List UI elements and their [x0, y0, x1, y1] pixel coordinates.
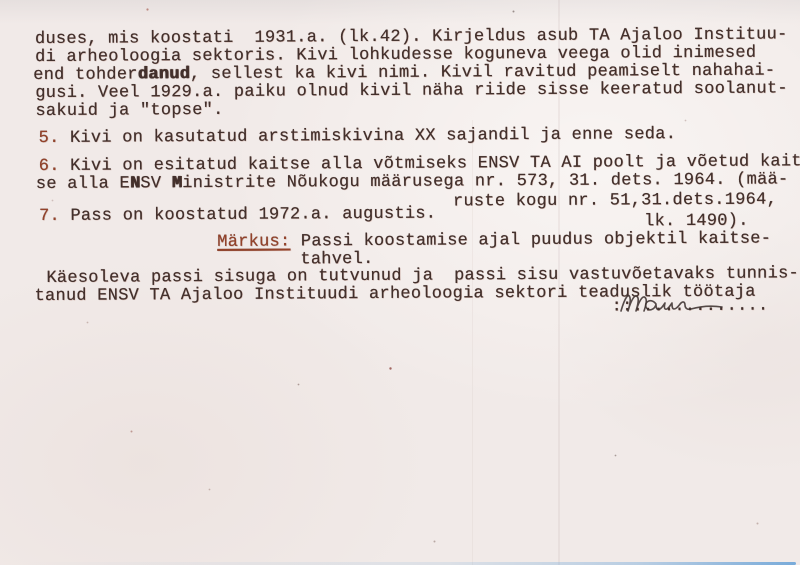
text-segment: M	[172, 174, 183, 193]
remark-line-1: Märkus: Passi koostamise ajal puudus obj…	[217, 231, 771, 251]
text-segment: 7.	[39, 207, 60, 226]
text-segment: lk. 1490).	[644, 212, 749, 232]
signature-handwriting	[616, 286, 752, 320]
text-segment: gusi. Veel 1929.a. paiku olnud kivil näh…	[35, 79, 788, 103]
remark-line-2: tahvel.	[300, 251, 373, 268]
text-segment: danud	[138, 65, 190, 84]
text-segment: N	[130, 174, 141, 193]
text-layer: duses, mis koostati 1931.a. (lk.42). Kir…	[0, 0, 800, 565]
text-segment: 6.	[39, 157, 60, 176]
item-6-line-4: lk. 1490).	[644, 213, 749, 231]
text-segment: Passi koostamise ajal puudus objektil ka…	[290, 230, 771, 252]
text-segment: se alla E	[36, 174, 130, 194]
text-segment: Kivi on kasutatud arstimiskivina XX saja…	[59, 125, 676, 148]
scanned-document-card: duses, mis koostati 1931.a. (lk.42). Kir…	[0, 0, 800, 565]
text-segment: Märkus:	[217, 232, 290, 251]
para-continuation-line-4: gusi. Veel 1929.a. paiku olnud kivil näh…	[35, 80, 788, 102]
para-continuation-line-5: sakuid ja "topse".	[35, 102, 223, 120]
text-segment: SV	[140, 174, 171, 193]
text-segment: 5.	[39, 129, 60, 148]
item-5: 5. Kivi on kasutatud arstimiskivina XX s…	[39, 126, 677, 147]
text-segment: ruste kogu nr. 51,31.dets.1964,	[453, 191, 777, 212]
item-6-line-3: ruste kogu nr. 51,31.dets.1964,	[453, 192, 777, 211]
text-segment: sakuid ja "topse".	[35, 101, 223, 121]
text-segment: Pass on koostatud 1972.a. augustis.	[60, 205, 436, 226]
item-7: 7. Pass on koostatud 1972.a. augustis.	[39, 206, 436, 225]
text-segment: end tohder	[33, 65, 138, 85]
text-segment: inistrite Nõukogu määrusega nr. 573, 31.…	[182, 170, 788, 193]
item-6-line-2: se alla ENSV Ministrite Nõukogu määruseg…	[36, 171, 789, 193]
